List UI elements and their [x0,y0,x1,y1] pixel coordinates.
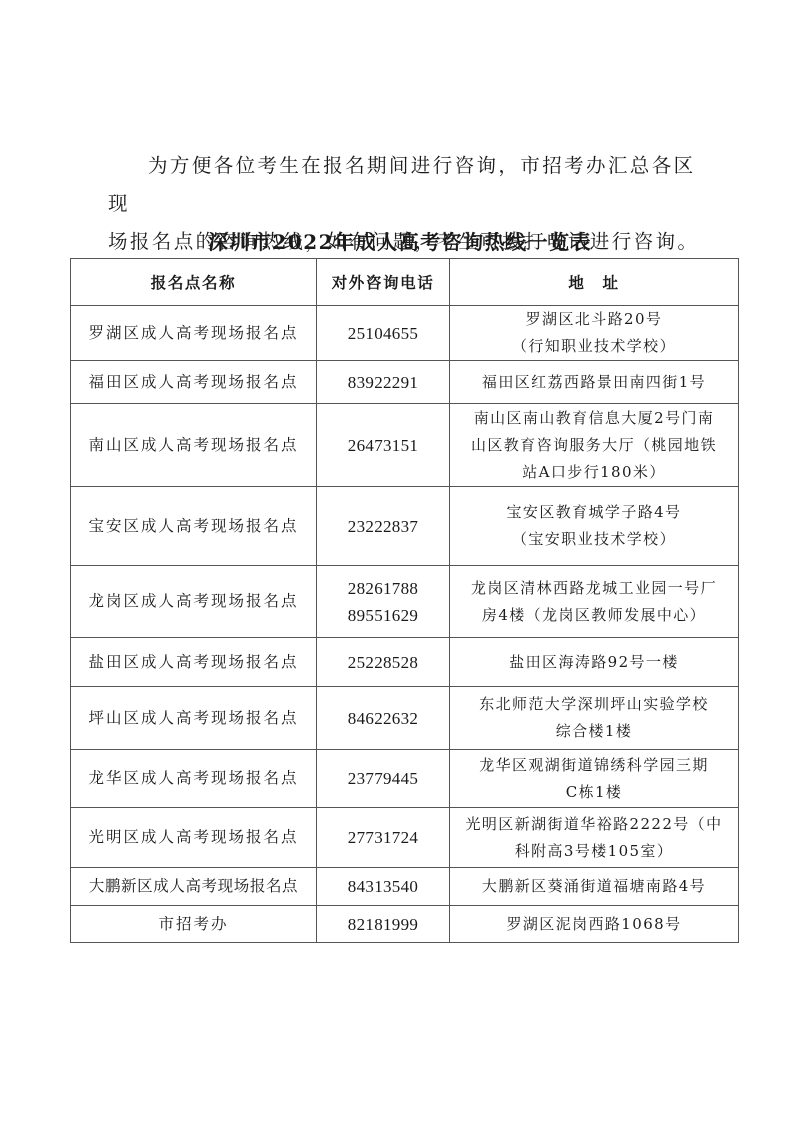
phone-cell: 25228528 [317,638,450,687]
address-line: 罗湖区泥岗西路1068号 [452,911,736,938]
address-cell: 大鹏新区葵涌街道福塘南路4号 [450,868,739,906]
table-row: 福田区成人高考现场报名点 83922291 福田区红荔西路景田南四街1号 [71,361,739,404]
phone-cell: 27731724 [317,808,450,868]
phone-number: 84622632 [319,705,447,732]
site-name: 龙华区成人高考现场报名点 [71,750,317,808]
table-row: 宝安区成人高考现场报名点 23222837 宝安区教育城学子路4号 （宝安职业技… [71,487,739,566]
site-name: 光明区成人高考现场报名点 [71,808,317,868]
address-line: 站A口步行180米） [452,459,736,486]
address-line: 罗湖区北斗路20号 [452,306,736,333]
site-name: 坪山区成人高考现场报名点 [71,687,317,750]
address-line: 福田区红荔西路景田南四街1号 [452,369,736,396]
header-site-name: 报名点名称 [71,259,317,306]
hotline-table: 报名点名称 对外咨询电话 地 址 罗湖区成人高考现场报名点 25104655 罗… [70,258,739,943]
phone-cell: 26473151 [317,404,450,487]
phone-number: 25228528 [319,649,447,676]
site-name: 宝安区成人高考现场报名点 [71,487,317,566]
address-cell: 罗湖区北斗路20号 （行知职业技术学校） [450,306,739,361]
address-line: （宝安职业技术学校） [452,526,736,553]
address-cell: 宝安区教育城学子路4号 （宝安职业技术学校） [450,487,739,566]
address-line: 大鹏新区葵涌街道福塘南路4号 [452,873,736,900]
address-line: 综合楼1楼 [452,718,736,745]
site-name: 市招考办 [71,906,317,943]
phone-number: 25104655 [319,320,447,347]
address-cell: 盐田区海涛路92号一楼 [450,638,739,687]
address-line: 科附高3号楼105室） [452,838,736,865]
address-line: （行知职业技术学校） [452,333,736,360]
phone-cell: 25104655 [317,306,450,361]
address-cell: 东北师范大学深圳坪山实验学校 综合楼1楼 [450,687,739,750]
phone-cell: 84313540 [317,868,450,906]
phone-cell: 82181999 [317,906,450,943]
document-page: 为方便各位考生在报名期间进行咨询，市招考办汇总各区现 场报名点的咨询热线，如有问… [0,0,800,1131]
site-name: 罗湖区成人高考现场报名点 [71,306,317,361]
address-line: 龙华区观湖街道锦绣科学园三期 [452,752,736,779]
table-header-row: 报名点名称 对外咨询电话 地 址 [71,259,739,306]
address-cell: 龙岗区清林西路龙城工业园一号厂 房4楼（龙岗区教师发展中心） [450,566,739,638]
phone-number: 89551629 [319,602,447,629]
phone-cell: 23222837 [317,487,450,566]
address-cell: 龙华区观湖街道锦绣科学园三期 C栋1楼 [450,750,739,808]
phone-cell: 23779445 [317,750,450,808]
phone-number: 23222837 [319,513,447,540]
site-name: 盐田区成人高考现场报名点 [71,638,317,687]
table-row: 龙岗区成人高考现场报名点 28261788 89551629 龙岗区清林西路龙城… [71,566,739,638]
table-row: 龙华区成人高考现场报名点 23779445 龙华区观湖街道锦绣科学园三期 C栋1… [71,750,739,808]
site-name: 大鹏新区成人高考现场报名点 [71,868,317,906]
phone-cell: 28261788 89551629 [317,566,450,638]
address-line: 光明区新湖街道华裕路2222号（中 [452,811,736,838]
site-name: 福田区成人高考现场报名点 [71,361,317,404]
address-line: 盐田区海涛路92号一楼 [452,649,736,676]
phone-number: 28261788 [319,575,447,602]
table-row: 南山区成人高考现场报名点 26473151 南山区南山教育信息大厦2号门南 山区… [71,404,739,487]
address-cell: 南山区南山教育信息大厦2号门南 山区教育咨询服务大厅（桃园地铁 站A口步行180… [450,404,739,487]
address-line: C栋1楼 [452,779,736,806]
table-row: 罗湖区成人高考现场报名点 25104655 罗湖区北斗路20号 （行知职业技术学… [71,306,739,361]
address-line: 房4楼（龙岗区教师发展中心） [452,602,736,629]
address-line: 宝安区教育城学子路4号 [452,499,736,526]
intro-line-1: 为方便各位考生在报名期间进行咨询，市招考办汇总各区现 [108,147,708,223]
header-phone: 对外咨询电话 [317,259,450,306]
phone-cell: 84622632 [317,687,450,750]
phone-number: 82181999 [319,911,447,938]
address-line: 山区教育咨询服务大厅（桃园地铁 [452,432,736,459]
header-address: 地 址 [450,259,739,306]
address-cell: 罗湖区泥岗西路1068号 [450,906,739,943]
table-row: 市招考办 82181999 罗湖区泥岗西路1068号 [71,906,739,943]
table-row: 坪山区成人高考现场报名点 84622632 东北师范大学深圳坪山实验学校 综合楼… [71,687,739,750]
table-row: 盐田区成人高考现场报名点 25228528 盐田区海涛路92号一楼 [71,638,739,687]
address-cell: 福田区红荔西路景田南四街1号 [450,361,739,404]
address-line: 东北师范大学深圳坪山实验学校 [452,691,736,718]
phone-number: 84313540 [319,873,447,900]
phone-number: 27731724 [319,824,447,851]
table-title: 深圳市2022年成人高考咨询热线一览表 [0,228,800,256]
address-line: 龙岗区清林西路龙城工业园一号厂 [452,575,736,602]
site-name: 龙岗区成人高考现场报名点 [71,566,317,638]
table-row: 大鹏新区成人高考现场报名点 84313540 大鹏新区葵涌街道福塘南路4号 [71,868,739,906]
site-name: 南山区成人高考现场报名点 [71,404,317,487]
phone-cell: 83922291 [317,361,450,404]
address-line: 南山区南山教育信息大厦2号门南 [452,405,736,432]
address-cell: 光明区新湖街道华裕路2222号（中 科附高3号楼105室） [450,808,739,868]
table-row: 光明区成人高考现场报名点 27731724 光明区新湖街道华裕路2222号（中 … [71,808,739,868]
phone-number: 83922291 [319,369,447,396]
phone-number: 23779445 [319,765,447,792]
phone-number: 26473151 [319,432,447,459]
